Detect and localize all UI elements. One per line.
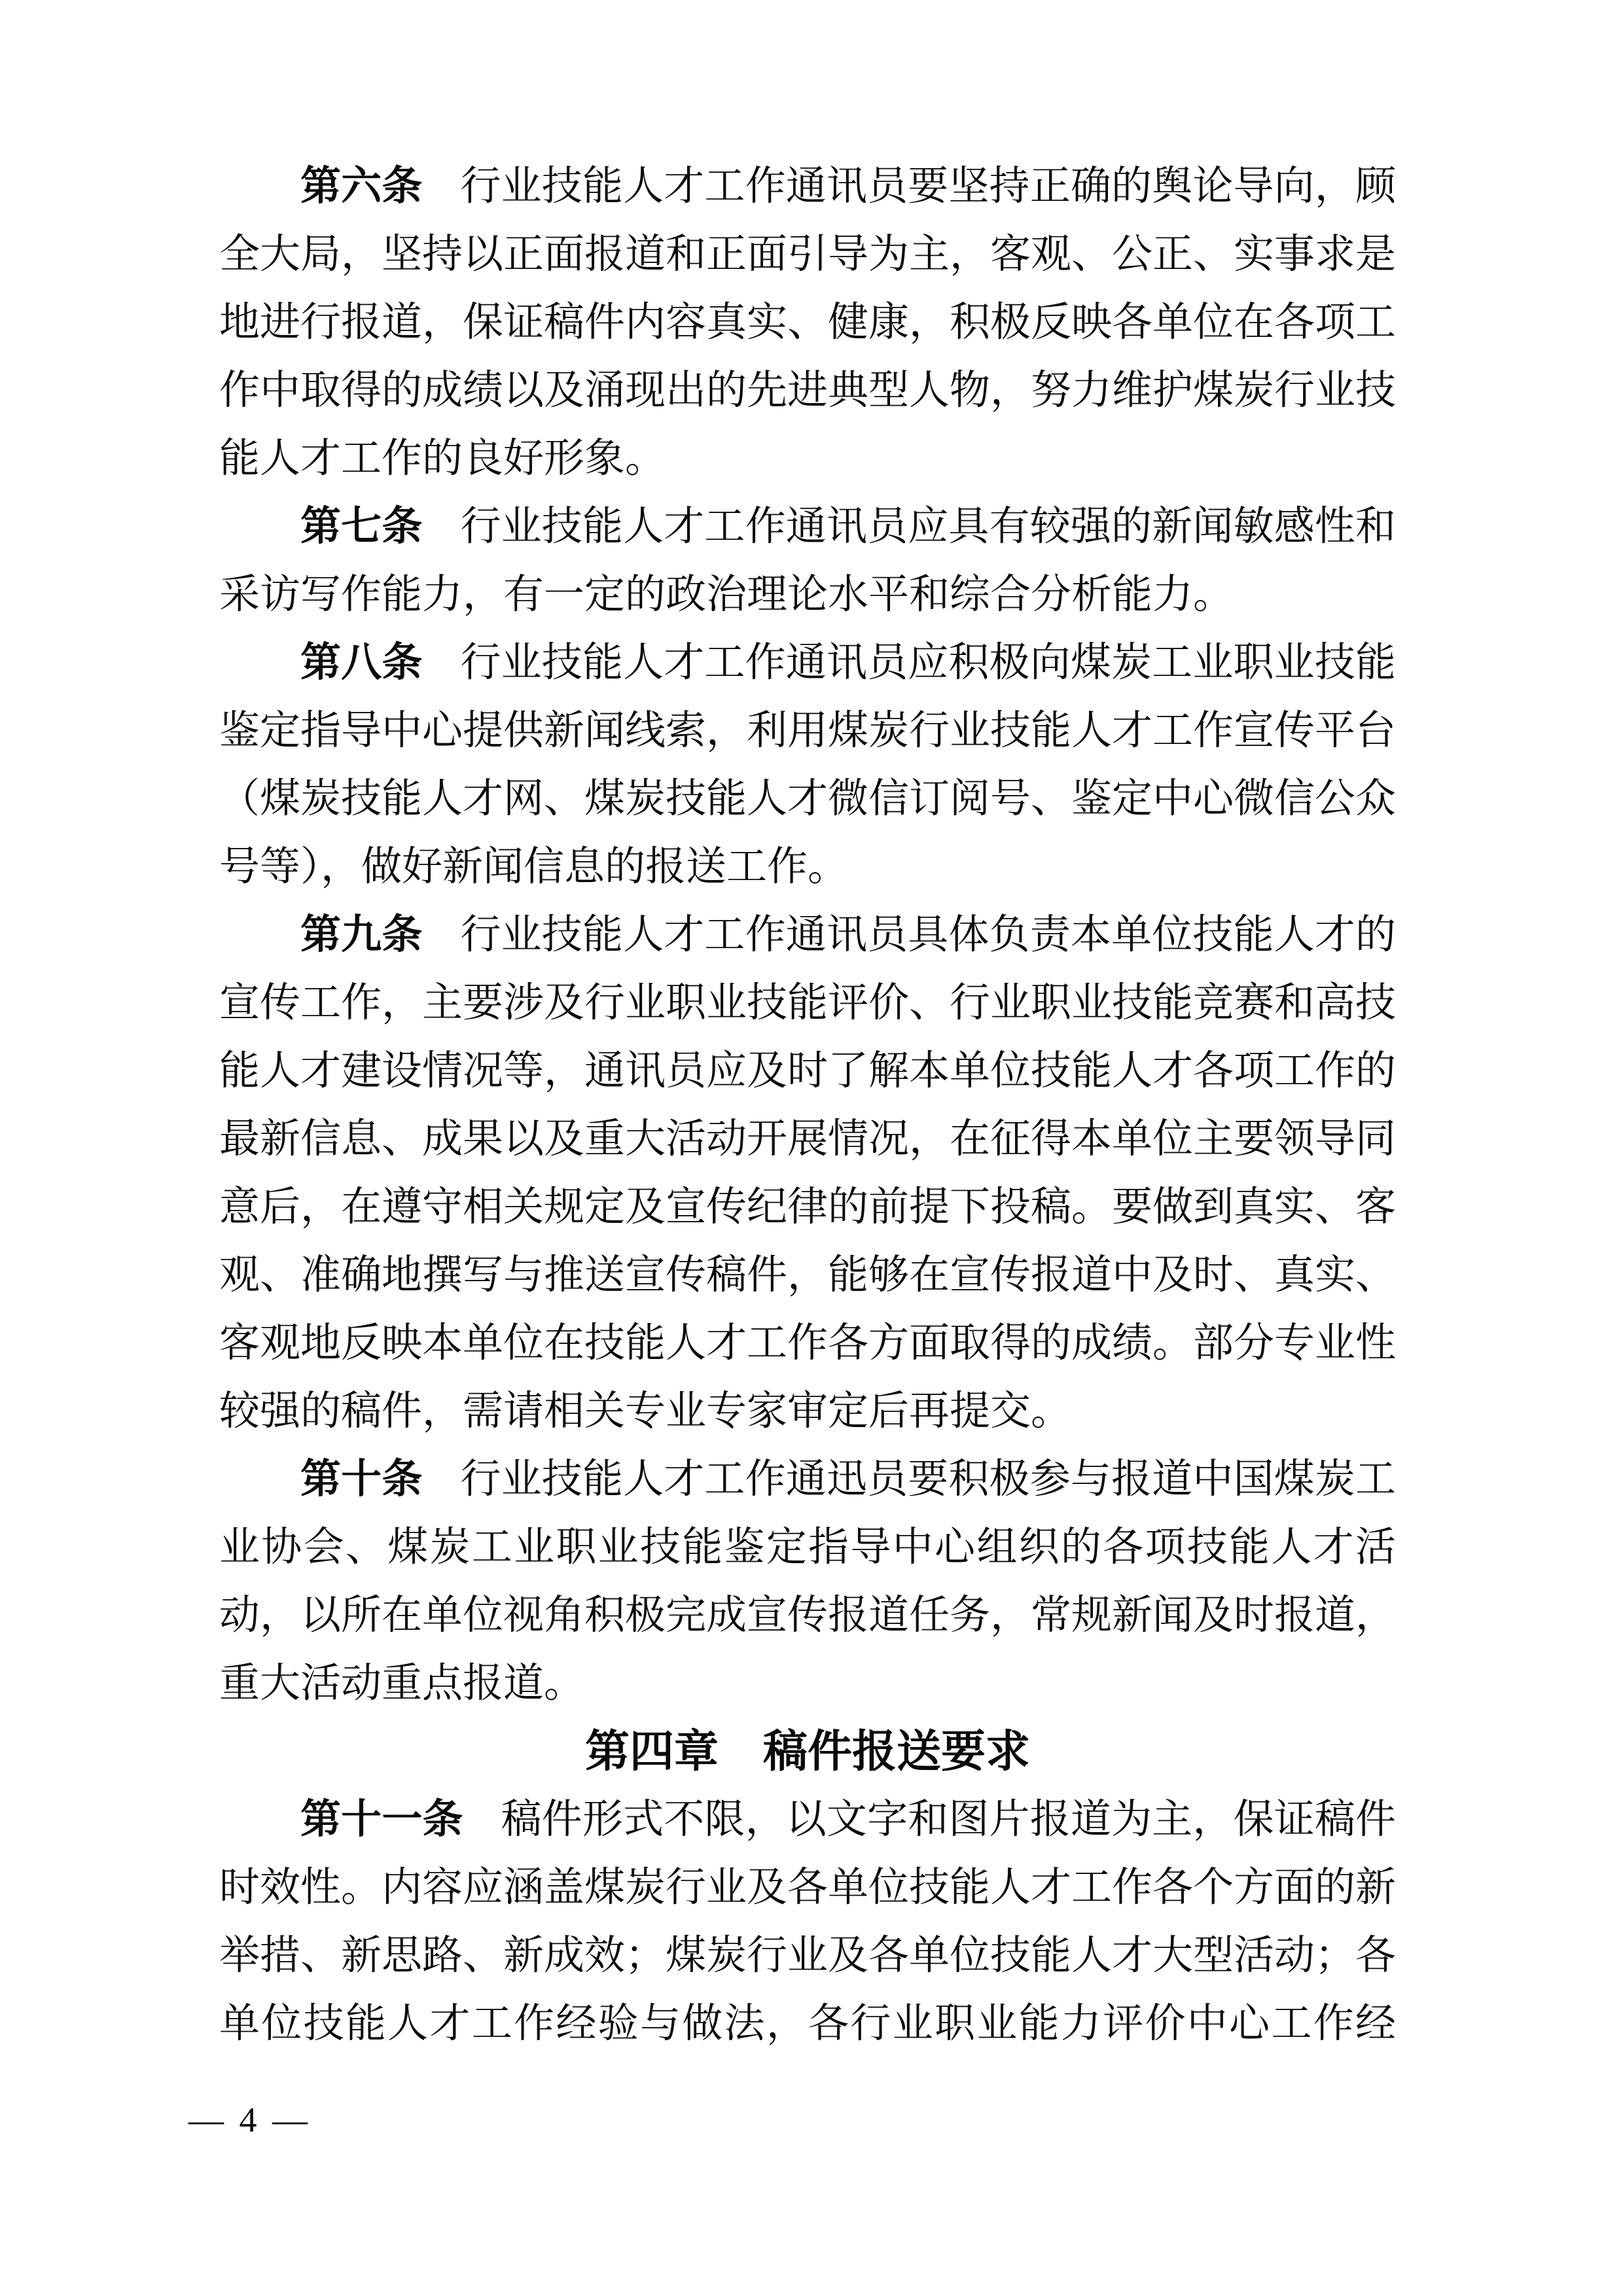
text-run: 能人才工作的良好形象。 bbox=[219, 436, 666, 481]
text-line: （煤炭技能人才网、煤炭技能人才微信订阅号、鉴定中心微信公众 bbox=[219, 765, 1396, 833]
text-run: 业协会、煤炭工业职业技能鉴定指导中心组织的各项技能人才活 bbox=[219, 1525, 1396, 1570]
text-run: 单位技能人才工作经验与做法，各行业职业能力评价中心工作经 bbox=[219, 2002, 1396, 2046]
text-line: 观、准确地撰写与推送宣传稿件，能够在宣传报道中及时、真实、 bbox=[219, 1241, 1396, 1309]
text-run: 行业技能人才工作通讯员具体负责本单位技能人才的 bbox=[460, 913, 1396, 957]
text-line: 第六条行业技能人才工作通讯员要坚持正确的舆论导向，顾 bbox=[219, 152, 1396, 221]
text-line: 全大局，坚持以正面报道和正面引导为主，客观、公正、实事求是 bbox=[219, 221, 1396, 289]
text-line: 采访写作能力，有一定的政治理论水平和综合分析能力。 bbox=[219, 561, 1396, 629]
text-line: 业协会、煤炭工业职业技能鉴定指导中心组织的各项技能人才活 bbox=[219, 1513, 1396, 1581]
document-page: 第六条行业技能人才工作通讯员要坚持正确的舆论导向，顾全大局，坚持以正面报道和正面… bbox=[0, 0, 1623, 2296]
text-run: 行业技能人才工作通讯员应具有较强的新闻敏感性和 bbox=[460, 504, 1396, 549]
article-number-term: 第八条 bbox=[300, 640, 422, 685]
text-line: 最新信息、成果以及重大活动开展情况，在征得本单位主要领导同 bbox=[219, 1105, 1396, 1173]
text-line: 第七条行业技能人才工作通讯员应具有较强的新闻敏感性和 bbox=[219, 493, 1396, 561]
text-run: 意后，在遵守相关规定及宣传纪律的前提下投稿。要做到真实、客 bbox=[219, 1185, 1396, 1229]
text-run: 举措、新思路、新成效；煤炭行业及各单位技能人才大型活动；各 bbox=[219, 1934, 1396, 1978]
text-run: 客观地反映本单位在技能人才工作各方面取得的成绩。部分专业性 bbox=[219, 1321, 1396, 1366]
text-line: 鉴定指导中心提供新闻线索，利用煤炭行业技能人才工作宣传平台 bbox=[219, 697, 1396, 765]
text-run: 宣传工作，主要涉及行业职业技能评价、行业职业技能竞赛和高技 bbox=[219, 981, 1396, 1025]
text-line: 能人才建设情况等，通讯员应及时了解本单位技能人才各项工作的 bbox=[219, 1037, 1396, 1105]
text-run: 采访写作能力，有一定的政治理论水平和综合分析能力。 bbox=[219, 573, 1234, 617]
text-run: 行业技能人才工作通讯员要坚持正确的舆论导向，顾 bbox=[460, 164, 1396, 209]
text-run: 时效性。内容应涵盖煤炭行业及各单位技能人才工作各个方面的新 bbox=[219, 1865, 1396, 1910]
chapter-heading: 第四章 稿件报送要求 bbox=[219, 1718, 1396, 1786]
text-line: 号等），做好新闻信息的报送工作。 bbox=[219, 833, 1396, 901]
text-line: 举措、新思路、新成效；煤炭行业及各单位技能人才大型活动；各 bbox=[219, 1922, 1396, 1990]
text-run: 号等），做好新闻信息的报送工作。 bbox=[219, 845, 848, 889]
text-line: 重大活动重点报道。 bbox=[219, 1650, 1396, 1718]
document-body: 第六条行业技能人才工作通讯员要坚持正确的舆论导向，顾全大局，坚持以正面报道和正面… bbox=[219, 152, 1396, 2058]
page-number: — 4 — bbox=[188, 2091, 311, 2149]
text-run: 鉴定指导中心提供新闻线索，利用煤炭行业技能人才工作宣传平台 bbox=[219, 709, 1396, 753]
text-line: 宣传工作，主要涉及行业职业技能评价、行业职业技能竞赛和高技 bbox=[219, 969, 1396, 1037]
text-run: 最新信息、成果以及重大活动开展情况，在征得本单位主要领导同 bbox=[219, 1117, 1396, 1161]
text-run: 地进行报道，保证稿件内容真实、健康，积极反映各单位在各项工 bbox=[219, 300, 1396, 345]
text-run: 全大局，坚持以正面报道和正面引导为主，客观、公正、实事求是 bbox=[219, 232, 1396, 277]
text-run: 行业技能人才工作通迅员要积极参与报道中国煤炭工 bbox=[460, 1457, 1396, 1502]
article-number-term: 第十一条 bbox=[300, 1797, 463, 1842]
text-run: 观、准确地撰写与推送宣传稿件，能够在宣传报道中及时、真实、 bbox=[219, 1253, 1396, 1298]
text-line: 地进行报道，保证稿件内容真实、健康，积极反映各单位在各项工 bbox=[219, 289, 1396, 357]
article-number-term: 第七条 bbox=[300, 504, 422, 549]
text-run: 较强的稿件，需请相关专业专家审定后再提交。 bbox=[219, 1389, 1071, 1434]
text-line: 动，以所在单位视角积极完成宣传报道任务，常规新闻及时报道， bbox=[219, 1581, 1396, 1650]
text-run: 稿件形式不限，以文字和图片报道为主，保证稿件 bbox=[501, 1797, 1396, 1842]
text-run: 重大活动重点报道。 bbox=[219, 1661, 584, 1706]
text-run: 动，以所在单位视角积极完成宣传报道任务，常规新闻及时报道， bbox=[219, 1593, 1396, 1638]
text-line: 较强的稿件，需请相关专业专家审定后再提交。 bbox=[219, 1377, 1396, 1445]
text-run: 作中取得的成绩以及涌现出的先进典型人物，努力维护煤炭行业技 bbox=[219, 368, 1396, 413]
text-line: 能人才工作的良好形象。 bbox=[219, 425, 1396, 493]
article-number-term: 第十条 bbox=[300, 1457, 422, 1502]
text-line: 第八条行业技能人才工作通讯员应积极向煤炭工业职业技能 bbox=[219, 629, 1396, 697]
text-line: 作中取得的成绩以及涌现出的先进典型人物，努力维护煤炭行业技 bbox=[219, 357, 1396, 425]
text-line: 意后，在遵守相关规定及宣传纪律的前提下投稿。要做到真实、客 bbox=[219, 1173, 1396, 1241]
article-number-term: 第六条 bbox=[300, 164, 422, 209]
text-run: （煤炭技能人才网、煤炭技能人才微信订阅号、鉴定中心微信公众 bbox=[219, 777, 1396, 821]
text-line: 第十一条稿件形式不限，以文字和图片报道为主，保证稿件 bbox=[219, 1786, 1396, 1854]
article-number-term: 第四章 稿件报送要求 bbox=[585, 1727, 1030, 1776]
text-line: 客观地反映本单位在技能人才工作各方面取得的成绩。部分专业性 bbox=[219, 1309, 1396, 1377]
article-number-term: 第九条 bbox=[300, 912, 422, 957]
text-line: 时效性。内容应涵盖煤炭行业及各单位技能人才工作各个方面的新 bbox=[219, 1854, 1396, 1922]
text-line: 第十条行业技能人才工作通迅员要积极参与报道中国煤炭工 bbox=[219, 1445, 1396, 1513]
text-run: 能人才建设情况等，通讯员应及时了解本单位技能人才各项工作的 bbox=[219, 1049, 1396, 1093]
text-line: 单位技能人才工作经验与做法，各行业职业能力评价中心工作经 bbox=[219, 1990, 1396, 2058]
text-run: 行业技能人才工作通讯员应积极向煤炭工业职业技能 bbox=[460, 641, 1396, 685]
text-line: 第九条行业技能人才工作通讯员具体负责本单位技能人才的 bbox=[219, 901, 1396, 969]
